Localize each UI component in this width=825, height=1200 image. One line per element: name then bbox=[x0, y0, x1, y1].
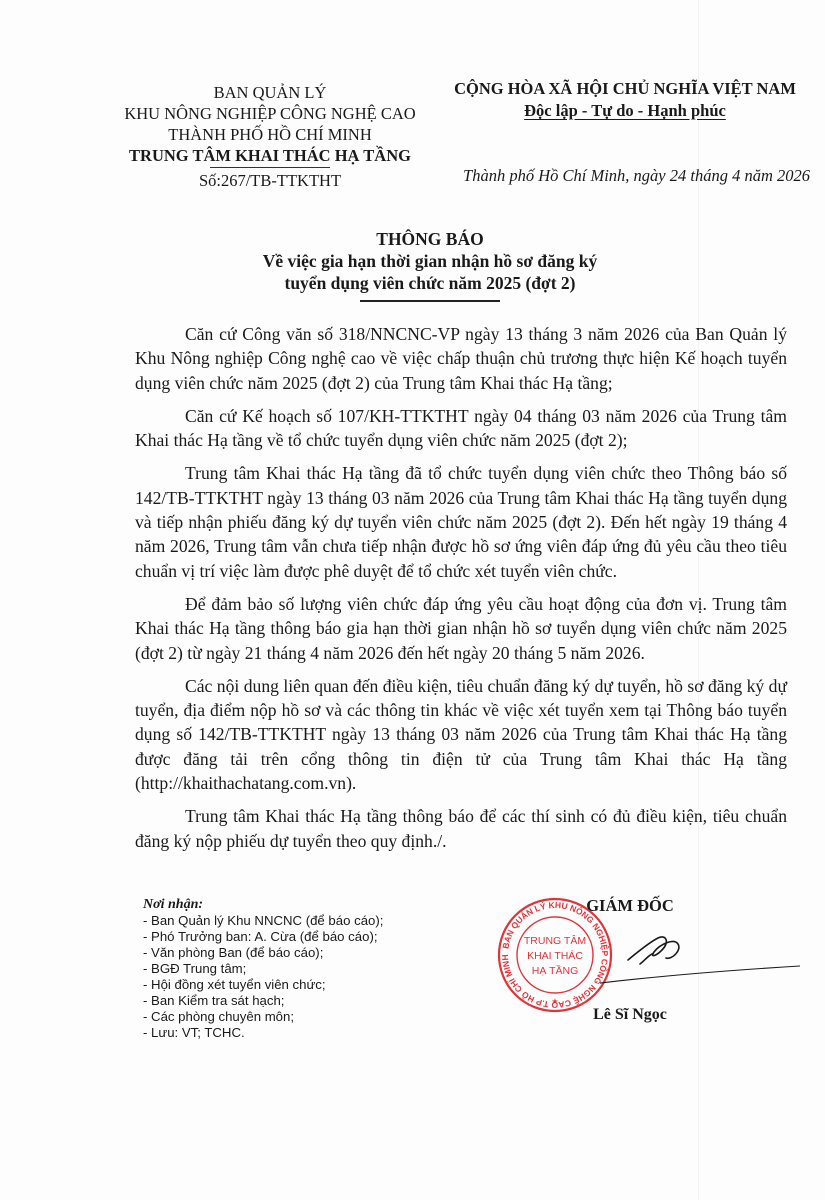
recipient-item: - Hội đồng xét tuyển viên chức; bbox=[143, 977, 463, 993]
body-paragraph: Để đảm bảo số lượng viên chức đáp ứng yê… bbox=[135, 592, 787, 665]
svg-text:KHAI THÁC: KHAI THÁC bbox=[527, 949, 583, 962]
recipient-item: - Lưu: VT; TCHC. bbox=[143, 1025, 463, 1041]
recipient-item: - Ban Kiểm tra sát hạch; bbox=[143, 993, 463, 1009]
handwritten-signature-icon bbox=[600, 920, 800, 1000]
recipient-item: - Văn phòng Ban (để báo cáo); bbox=[143, 945, 463, 961]
recipient-item: - Phó Trưởng ban: A. Cừa (để báo cáo); bbox=[143, 929, 463, 945]
document-title: THÔNG BÁO Về việc gia hạn thời gian nhận… bbox=[180, 228, 680, 302]
title-heading: THÔNG BÁO bbox=[180, 228, 680, 250]
title-subtitle-2: tuyển dụng viên chức năm 2025 (đợt 2) bbox=[180, 272, 680, 294]
title-subtitle-1: Về việc gia hạn thời gian nhận hồ sơ đăn… bbox=[180, 250, 680, 272]
svg-text:HẠ TẦNG: HẠ TẦNG bbox=[532, 964, 578, 977]
issuing-agency-header: BAN QUẢN LÝ KHU NÔNG NGHIỆP CÔNG NGHỆ CA… bbox=[100, 82, 440, 191]
recipients-list: Nơi nhận: - Ban Quản lý Khu NNCNC (để bá… bbox=[143, 897, 463, 1041]
national-header: CỘNG HÒA XÃ HỘI CHỦ NGHĨA VIỆT NAM Độc l… bbox=[430, 78, 820, 122]
svg-text:★: ★ bbox=[551, 997, 558, 1006]
issue-date: Thành phố Hồ Chí Minh, ngày 24 tháng 4 n… bbox=[430, 166, 810, 186]
body-paragraph: Các nội dung liên quan đến điều kiện, ti… bbox=[135, 674, 787, 795]
agency-line-1: BAN QUẢN LÝ bbox=[100, 82, 440, 103]
agency-line-2: KHU NÔNG NGHIỆP CÔNG NGHỆ CAO bbox=[100, 103, 440, 124]
agency-underline bbox=[210, 167, 330, 168]
svg-text:TRUNG TÂM: TRUNG TÂM bbox=[524, 934, 586, 947]
body-paragraph: Căn cứ Công văn số 318/NNCNC-VP ngày 13 … bbox=[135, 322, 787, 395]
document-number: Số:267/TB-TTKTHT bbox=[100, 170, 440, 191]
agency-line-3: THÀNH PHỐ HỒ CHÍ MINH bbox=[100, 124, 440, 145]
recipient-item: - Các phòng chuyên môn; bbox=[143, 1009, 463, 1025]
body-paragraph: Trung tâm Khai thác Hạ tầng thông báo để… bbox=[135, 804, 787, 853]
signer-position: GIÁM ĐỐC bbox=[540, 896, 720, 916]
recipient-item: - Ban Quản lý Khu NNCNC (để báo cáo); bbox=[143, 913, 463, 929]
national-motto: Độc lập - Tự do - Hạnh phúc bbox=[430, 100, 820, 122]
recipient-item: - BGĐ Trung tâm; bbox=[143, 961, 463, 977]
signer-name: Lê Sĩ Ngọc bbox=[540, 1006, 720, 1024]
agency-name: TRUNG TÂM KHAI THÁC HẠ TẦNG bbox=[100, 145, 440, 166]
country-name: CỘNG HÒA XÃ HỘI CHỦ NGHĨA VIỆT NAM bbox=[430, 78, 820, 100]
body-paragraph: Căn cứ Kế hoạch số 107/KH-TTKTHT ngày 04… bbox=[135, 404, 787, 453]
recipients-heading: Nơi nhận: bbox=[143, 897, 463, 913]
body-paragraph: Trung tâm Khai thác Hạ tầng đã tổ chức t… bbox=[135, 461, 787, 582]
title-underline bbox=[360, 300, 500, 302]
document-body: Căn cứ Công văn số 318/NNCNC-VP ngày 13 … bbox=[135, 322, 787, 862]
